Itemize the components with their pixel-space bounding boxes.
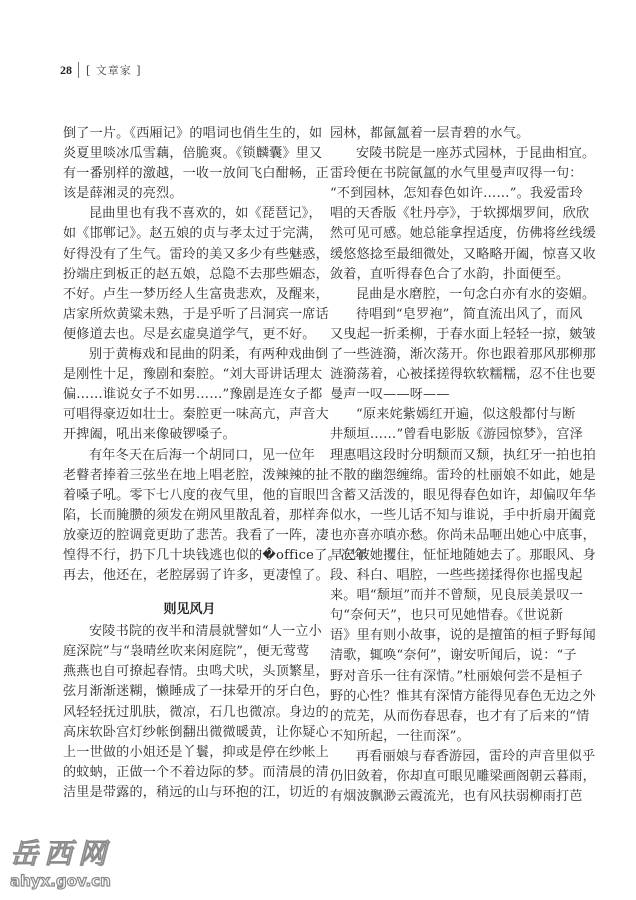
text-line: 陷，长而腌臜的须发在朔风里散乱着，那样奔: [63, 506, 316, 526]
left-column-lines: 倒了一片。《西厢记》的唱词也俏生生的，如炎夏里啖冰瓜雪藕，倍脆爽。《锁麟囊》里又…: [63, 124, 316, 586]
text-line: 待唱到“皂罗袍”，简直流出风了，而风: [330, 305, 574, 325]
text-line: 有烟波飘渺云霞流光，也有风扶弱柳雨打芭: [330, 787, 574, 807]
text-line: 便修道去也。尽是玄虚臭道学气，更不好。: [63, 325, 316, 345]
text-line: 来。唱“颓垣”而并不曾颓，见良辰美景叹一: [330, 586, 574, 606]
text-line: 开捭阖，吼出来像破锣嗓子。: [63, 425, 316, 445]
text-line: 昆曲里也有我不喜欢的，如《琵琶记》，: [63, 204, 316, 224]
text-line: 再去，他还在，老腔孱弱了许多，更凄惶了。: [63, 566, 316, 586]
text-line: 段、科白、唱腔，一些些搓揉得你也摇曳起: [330, 566, 574, 586]
text-line: 别于黄梅戏和昆曲的阴柔，有两种戏曲倒: [63, 345, 316, 365]
text-line: 雷玲便在书院氤氲的水气里曼声叹得一句：: [330, 164, 574, 184]
text-line: 园林，都氤氲着一层青碧的水气。: [330, 124, 574, 144]
section-tag: [ 文章家 ]: [79, 62, 142, 78]
text-line: 老瞽者捧着三弦坐在地上唱老腔，泼辣辣的扯: [63, 466, 316, 486]
text-line: 安陵书院是一座苏式园林，于昆曲相宜。: [330, 144, 574, 164]
page-header: 28 [ 文章家 ]: [60, 62, 142, 78]
text-line: 风轻轻抚过肌肤，微凉，石几也微凉。身边的: [63, 703, 316, 723]
text-line: 不知所起，一往而深”。: [330, 727, 574, 747]
text-line: 再看丽娘与春香游园，雷玲的声音里似乎: [330, 747, 574, 767]
text-line: 着嗓子吼。零下七八度的夜气里，他的盲眼凹: [63, 486, 316, 506]
text-line: 仍旧敛着，你却直可眼见雕梁画阁朝云暮雨，: [330, 767, 574, 787]
text-line: 含蓄又活泼的，眼见得春色如许，却偏叹年华: [330, 486, 574, 506]
text-line: 昆曲是水磨腔，一句念白亦有水的姿媚。: [330, 285, 574, 305]
text-line: 唱的天香版《牡丹亭》，于软掷烟罗间，欣欣: [330, 204, 574, 224]
text-line: 店家所炊黄粱未熟，于是乎听了吕洞宾一席话: [63, 305, 316, 325]
text-line: 然可见可感。她总能拿捏适度，仿佛将丝线缓: [330, 224, 574, 244]
watermark-logo-text: 岳西网: [10, 838, 140, 870]
text-line: 句“奈何天”，也只可见她惜春。《世说新: [330, 606, 574, 626]
text-line: 井颓垣……”曾看电影版《游园惊梦》，宫泽: [330, 425, 574, 445]
text-line: 不好。卢生一梦历经人生富贵悲欢，及醒来，: [63, 285, 316, 305]
text-line: 有一番别样的激越，一收一放间飞白酣畅，正: [63, 164, 316, 184]
text-line: 扮端庄到板正的赵五娘，总隐不去那些媚态，: [63, 265, 316, 285]
text-line: 了一些涟漪，渐次荡开。你也跟着那风那柳那: [330, 345, 574, 365]
text-line: 早已被她攫住，怔怔地随她去了。那眼风、身: [330, 546, 574, 566]
text-line: 的蚊蚋，正做一个不着边际的梦。而清晨的清: [63, 763, 316, 783]
text-line: 似水，一些儿话不知与谁说，手中折扇开阖竟: [330, 506, 574, 526]
text-line: 不散的幽怨缠绵。雷玲的杜丽娘不如此，她是: [330, 466, 574, 486]
text-line: 弦月渐渐迷糊，懒睡成了一抹晕开的牙白色，: [63, 682, 316, 702]
text-line: 敛着，直听得春色合了水韵，扑面便至。: [330, 265, 574, 285]
text-line: 放豪迈的腔调竟更助了悲苦。我看了一阵，凄: [63, 526, 316, 546]
text-line: 安陵书院的夜半和清晨就譬如“人一立小: [63, 622, 316, 642]
text-line: “不到园林，怎知春色如许……”。我爱雷玲: [330, 184, 574, 204]
text-line: “原来姹紫嫣红开遍，似这般都付与断: [330, 405, 574, 425]
site-watermark: 岳西网 ahyx.gov.cn: [10, 838, 140, 890]
text-line: 炎夏里啖冰瓜雪藕，倍脆爽。《锁麟囊》里又: [63, 144, 316, 164]
text-line: 语》里有则小故事，说的是擅笛的桓子野每闻: [330, 626, 574, 646]
page-number: 28: [60, 62, 79, 78]
text-line: 倒了一片。《西厢记》的唱词也俏生生的，如: [63, 124, 316, 144]
text-line: 该是薛湘灵的亮烈。: [63, 184, 316, 204]
text-line: 有年冬天在后海一个胡同口，见一位年: [63, 446, 316, 466]
text-line: 洁里是带露的，稍远的山与环抱的江，切近的: [63, 783, 316, 803]
text-line: 曼声一叹——呀——: [330, 385, 574, 405]
text-line: 也亦喜亦嗔亦愁。你尚未品咂出她心中底事，: [330, 526, 574, 546]
text-line: 惶得不行，扔下几十块钱逃也似的�office了。次年: [63, 546, 316, 566]
text-line: 野的心性？惟其有深情方能得见春色无边之外: [330, 687, 574, 707]
text-line: 高床软卧宫灯纱帐倒翻出微微暖黄，让你疑心: [63, 723, 316, 743]
text-line: 理惠唱这段时分明颓而又颓，执红牙一拍也拍: [330, 446, 574, 466]
text-line: 好得没有了生气。雷玲的美又多少有些魅惑，: [63, 245, 316, 265]
text-line: 缓悠悠捻至最细微处，又略略开阖，惊喜又收: [330, 245, 574, 265]
watermark-url: ahyx.gov.cn: [10, 872, 140, 890]
text-line: 涟漪荡着，心被揉搓得软软糯糯，忍不住也要: [330, 365, 574, 385]
text-line: 是刚性十足，豫剧和秦腔。“刘大哥讲话理太: [63, 365, 316, 385]
text-line: 又曳起一折柔柳，于春水面上轻轻一掠，皴皱: [330, 325, 574, 345]
left-column-lines-after: 安陵书院的夜半和清晨就譬如“人一立小庭深院”与“袅晴丝吹来闲庭院”，便无莺莺燕燕…: [63, 622, 316, 803]
right-column: 园林，都氤氲着一层青碧的水气。安陵书院是一座苏式园林，于昆曲相宜。雷玲便在书院氤…: [330, 124, 574, 807]
text-line: 可唱得豪迈如壮士。秦腔更一味高亢，声音大: [63, 405, 316, 425]
right-column-lines: 园林，都氤氲着一层青碧的水气。安陵书院是一座苏式园林，于昆曲相宜。雷玲便在书院氤…: [330, 124, 574, 807]
text-line: 上一世做的小姐还是丫鬟，抑或是停在纱帐上: [63, 743, 316, 763]
left-column: 倒了一片。《西厢记》的唱词也俏生生的，如炎夏里啖冰瓜雪藕，倍脆爽。《锁麟囊》里又…: [63, 124, 316, 803]
text-line: 清歌，辄唤“奈何”，谢安听闻后，说：“子: [330, 646, 574, 666]
section-subheading: 则见风月: [63, 600, 316, 620]
text-line: 偏……谁说女子不如男……”豫剧是连女子都: [63, 385, 316, 405]
text-line: 如《邯郸记》。赵五娘的贞与孝太过于完满，: [63, 224, 316, 244]
text-line: 燕燕也自可撩起春情。虫鸣犬吠，头顶繁星，: [63, 662, 316, 682]
text-line: 庭深院”与“袅晴丝吹来闲庭院”，便无莺莺: [63, 642, 316, 662]
text-line: 的荒芜，从而伤春思春，也才有了后来的“情: [330, 707, 574, 727]
text-line: 野对音乐一往有深情。”杜丽娘何尝不是桓子: [330, 667, 574, 687]
